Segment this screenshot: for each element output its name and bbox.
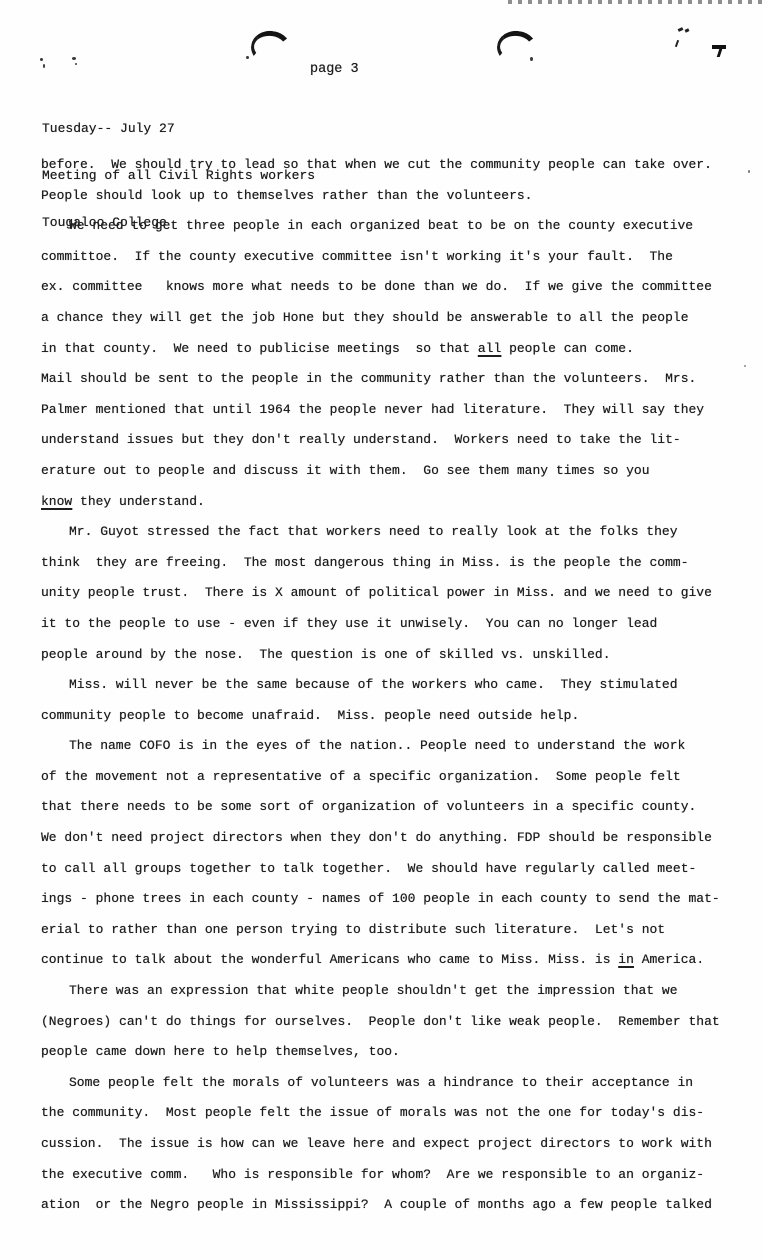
text-line: There was an expression that white peopl… <box>41 976 756 1007</box>
paragraph: before. We should try to lead so that wh… <box>41 150 756 211</box>
document-body: before. We should try to lead so that wh… <box>41 150 756 1221</box>
scan-artifact-speck <box>246 56 249 59</box>
paragraph: Mr. Guyot stressed the fact that workers… <box>41 517 756 670</box>
text-line: think they are freeing. The most dangero… <box>41 548 756 579</box>
text-line: The name COFO is in the eyes of the nati… <box>41 731 756 762</box>
text-line: of the movement not a representative of … <box>41 762 756 793</box>
text-line: a chance they will get the job Hone but … <box>41 303 756 334</box>
text-line: before. We should try to lead so that wh… <box>41 150 756 181</box>
text-line: understand issues but they don't really … <box>41 425 756 456</box>
scan-artifact-perforation-dots <box>508 0 763 4</box>
scan-artifact-speck <box>43 64 45 68</box>
text-line: (Negroes) can't do things for ourselves.… <box>41 1007 756 1038</box>
text-line: ex. committee knows more what needs to b… <box>41 272 756 303</box>
scan-artifact-speck <box>72 57 76 60</box>
text-line: People should look up to themselves rath… <box>41 181 756 212</box>
text-line: unity people trust. There is X amount of… <box>41 578 756 609</box>
text-line: the community. Most people felt the issu… <box>41 1098 756 1129</box>
text-line: We don't need project directors when the… <box>41 823 756 854</box>
text-line: Some people felt the morals of volunteer… <box>41 1068 756 1099</box>
document-page: page 3 Tuesday-- July 27 Meeting of all … <box>0 0 763 1260</box>
scan-artifact-speck <box>530 57 533 61</box>
scan-artifact-speck <box>40 58 43 61</box>
paragraph: Miss. will never be the same because of … <box>41 670 756 731</box>
text-line: people came down here to help themselves… <box>41 1037 756 1068</box>
text-line: ation or the Negro people in Mississippi… <box>41 1190 756 1221</box>
text-line: it to the people to use - even if they u… <box>41 609 756 640</box>
scan-artifact-speck <box>75 63 77 65</box>
text-line: community people to become unafraid. Mis… <box>41 701 756 732</box>
text-line: continue to talk about the wonderful Ame… <box>41 945 756 976</box>
text-line: Mr. Guyot stressed the fact that workers… <box>41 517 756 548</box>
text-line: people around by the nose. The question … <box>41 640 756 671</box>
text-line: Mail should be sent to the people in the… <box>41 364 756 395</box>
scan-artifact-smudge <box>676 28 690 48</box>
scan-artifact-binder-arc <box>495 28 539 67</box>
text-line: We need to get three people in each orga… <box>41 211 756 242</box>
text-line: erature out to people and discuss it wit… <box>41 456 756 487</box>
scan-artifact-binder-arc <box>249 28 293 67</box>
paragraph: The name COFO is in the eyes of the nati… <box>41 731 756 976</box>
text-line: Palmer mentioned that until 1964 the peo… <box>41 395 756 426</box>
text-line: the executive comm. Who is responsible f… <box>41 1160 756 1191</box>
paragraph: We need to get three people in each orga… <box>41 211 756 517</box>
text-line: erial to rather than one person trying t… <box>41 915 756 946</box>
paragraph: Some people felt the morals of volunteer… <box>41 1068 756 1221</box>
text-line: ings - phone trees in each county - name… <box>41 884 756 915</box>
header-date-line: Tuesday-- July 27 <box>42 121 315 137</box>
text-line: in that county. We need to publicise mee… <box>41 334 756 365</box>
text-line: that there needs to be some sort of orga… <box>41 792 756 823</box>
paragraph: There was an expression that white peopl… <box>41 976 756 1068</box>
page-number: page 3 <box>310 62 359 77</box>
text-line: cussion. The issue is how can we leave h… <box>41 1129 756 1160</box>
scan-artifact-smudge <box>712 45 727 59</box>
text-line: Miss. will never be the same because of … <box>41 670 756 701</box>
text-line: committoe. If the county executive commi… <box>41 242 756 273</box>
text-line: to call all groups together to talk toge… <box>41 854 756 885</box>
text-line: know they understand. <box>41 487 756 518</box>
